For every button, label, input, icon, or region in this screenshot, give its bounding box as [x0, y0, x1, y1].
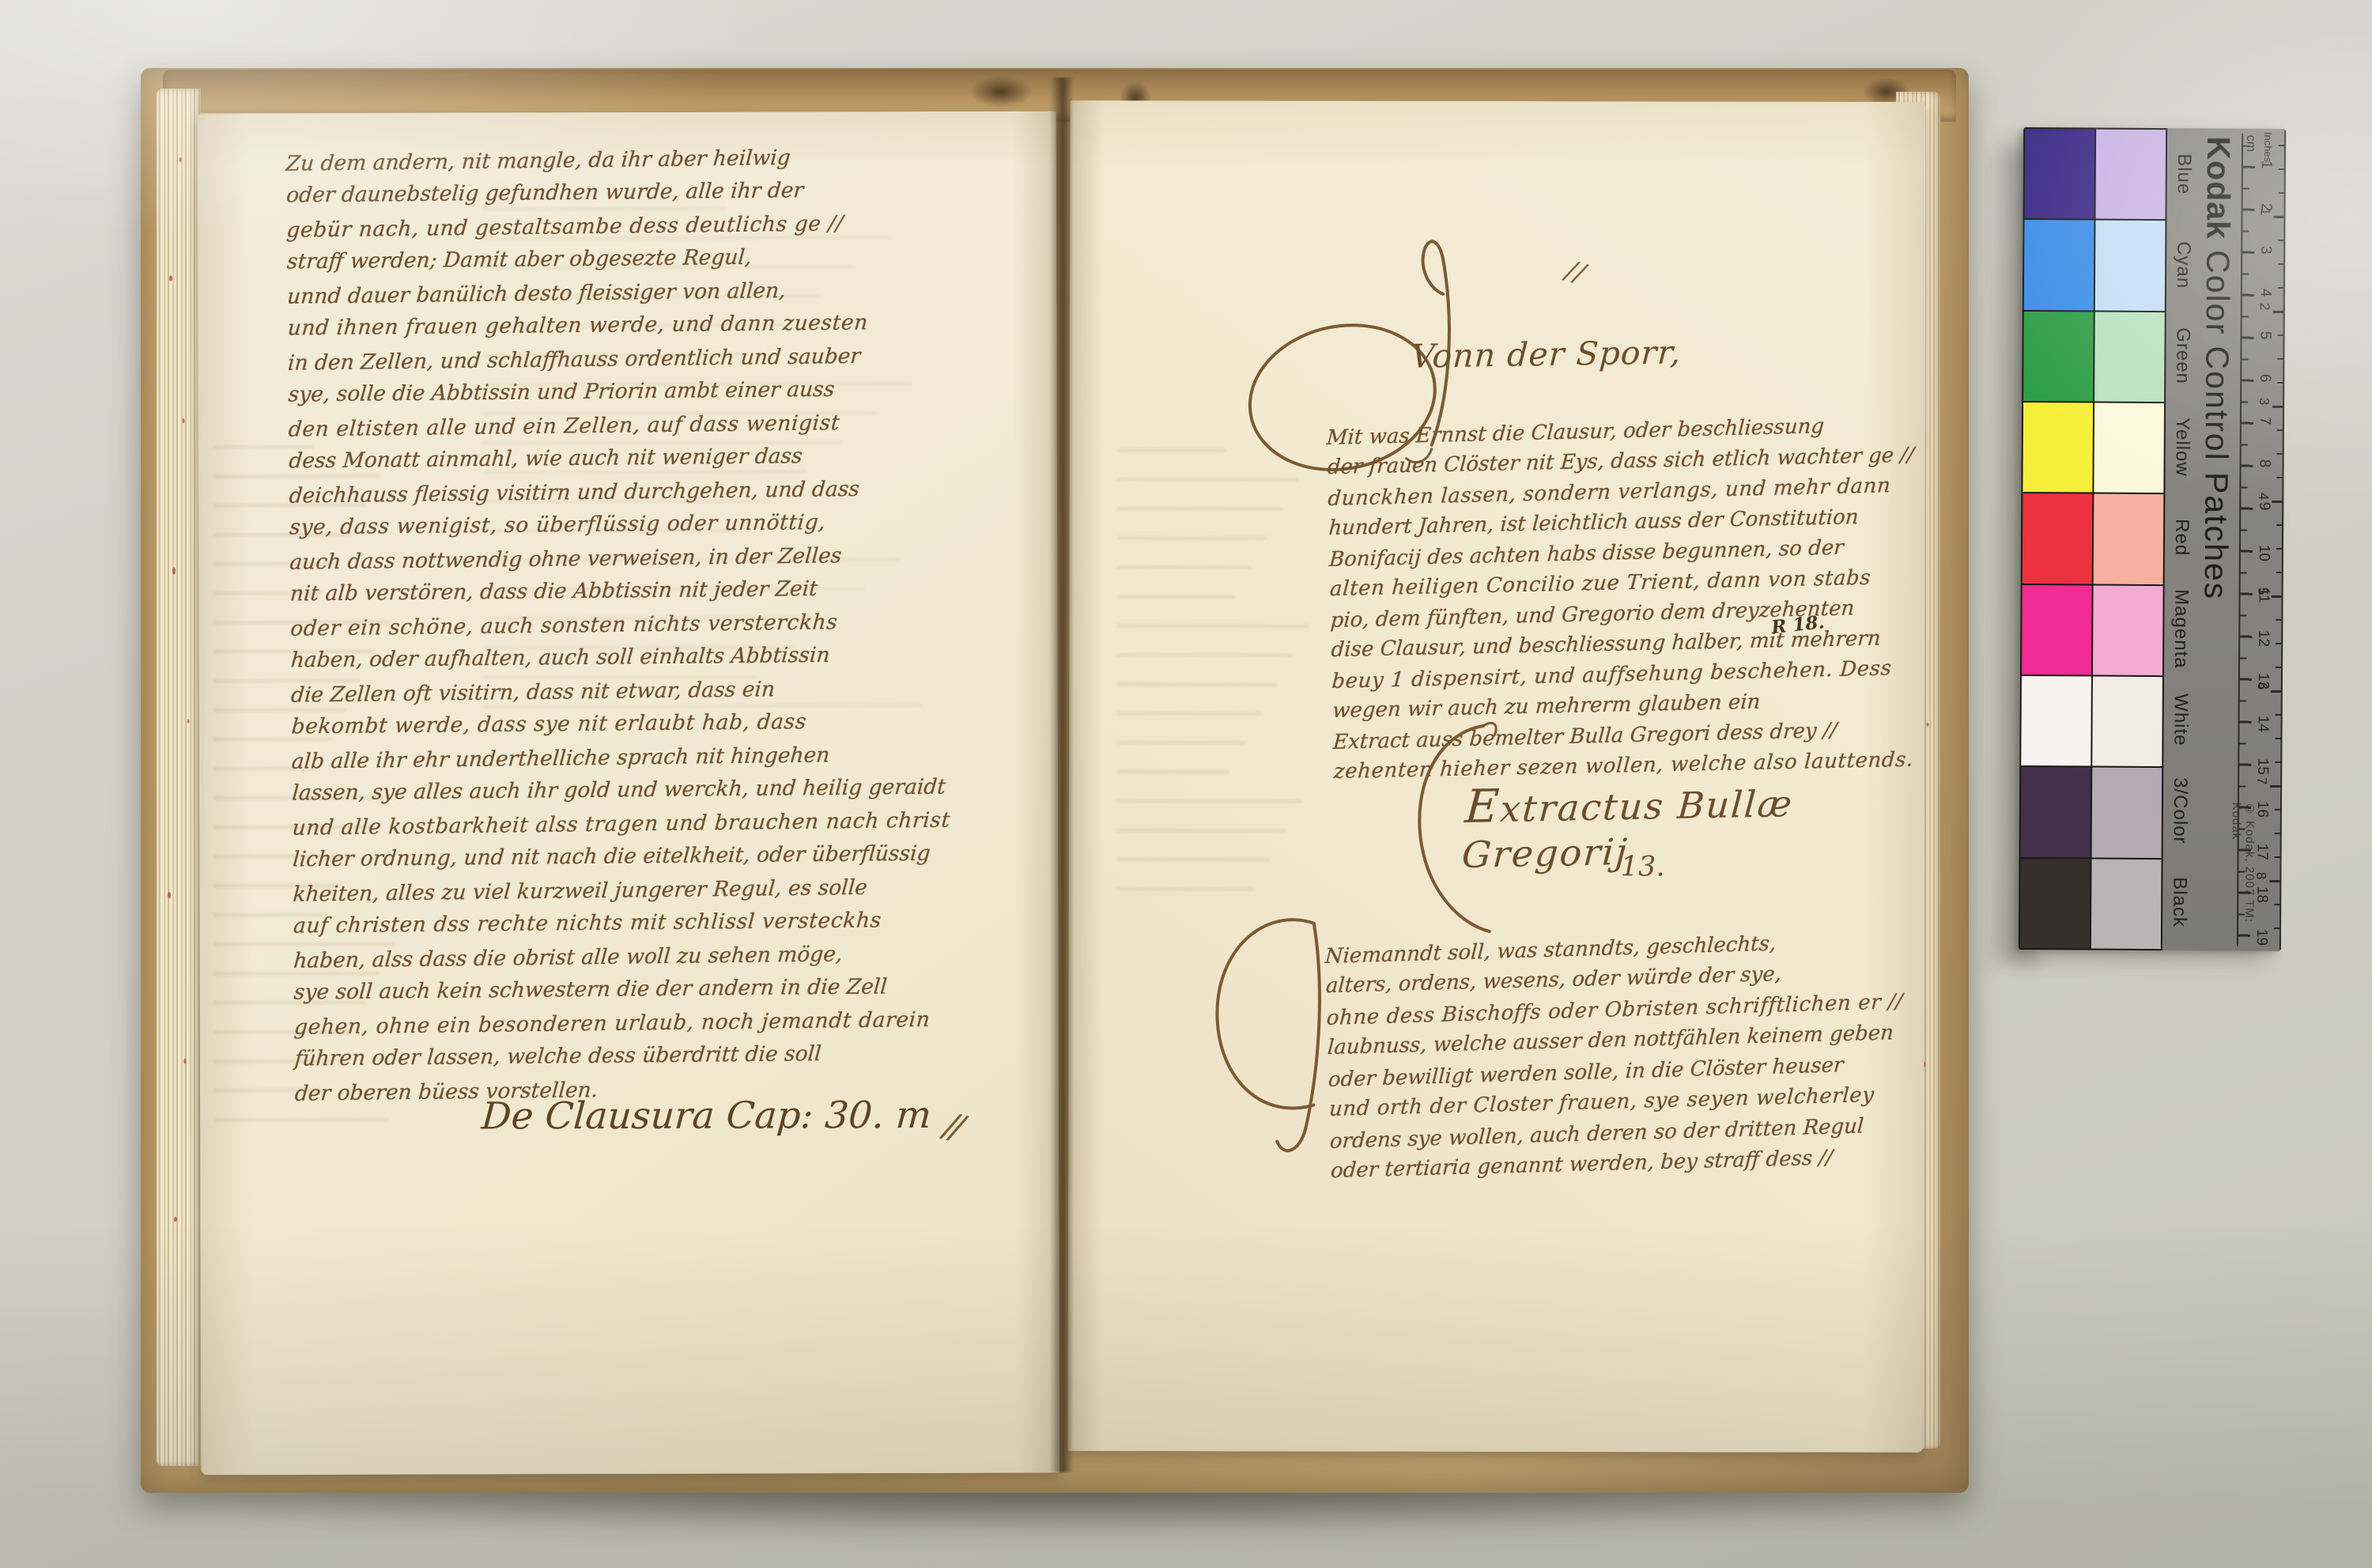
bleedthrough-line [1117, 536, 1267, 539]
cm-number: 19 [2253, 929, 2270, 946]
bleedthrough-line [1116, 653, 1293, 656]
color-patch-black-dark [2020, 859, 2091, 949]
color-patch-yellow-dark [2023, 402, 2093, 493]
inch-number: 8 [2253, 872, 2268, 880]
cm-number: 18 [2253, 886, 2270, 903]
bleedthrough-line [1117, 448, 1226, 452]
ink-slash-mark: ∕∕ [940, 1105, 963, 1148]
bleedthrough-line [1116, 887, 1255, 890]
bleedthrough-line [1116, 799, 1302, 803]
color-patch-3-color-light [2092, 768, 2162, 858]
cm-number: 6 [2256, 374, 2273, 383]
patch-label-blue: Blue [2168, 128, 2199, 219]
inch-number: 6 [2254, 682, 2270, 690]
cm-number: 3 [2257, 246, 2274, 255]
inch-number: 7 [2253, 777, 2269, 785]
cm-number: 8 [2256, 459, 2273, 468]
cm-number: 17 [2253, 844, 2271, 860]
color-patch-cyan-light [2095, 221, 2166, 311]
brand-rest: Color Control Patches [2198, 240, 2237, 601]
bleedthrough-line [1116, 712, 1261, 715]
cm-number: 10 [2255, 545, 2272, 561]
color-patch-green-light [2094, 312, 2165, 402]
bleedthrough-text [1116, 448, 1315, 916]
left-page: Zu dem andern, nit mangle, da ihr aber h… [198, 111, 1060, 1475]
ruler: cm 12345678910111213141516171819 Inches … [2237, 129, 2286, 951]
bleedthrough-line [214, 1118, 389, 1122]
bleedthrough-line [1116, 682, 1277, 686]
bleedthrough-line [1116, 595, 1235, 598]
inch-number: 1 [2257, 208, 2273, 216]
right-page-paragraph-2: Niemanndt soll, was stanndts, geschlecht… [1324, 926, 1860, 1186]
cm-number: 16 [2253, 801, 2271, 818]
color-patch-red-light [2094, 494, 2164, 584]
page-edges-left [157, 89, 201, 1466]
patch-label-3-color: 3/Color [2165, 765, 2196, 856]
extractus-heading: Extractus Bullæ Gregorij [1460, 771, 1928, 876]
cm-number: 4 [2257, 289, 2274, 297]
color-patch-red-dark [2023, 493, 2093, 584]
color-patch-blue-dark [2024, 129, 2094, 219]
brand-bold: Kodak [2200, 136, 2237, 240]
bleedthrough-line [1116, 829, 1286, 832]
right-page: ∕∕ Vonn der Sporr, Mit was Ernnst die Cl… [1068, 100, 1926, 1453]
inch-number: 2 [2257, 303, 2272, 311]
inches-unit-label: Inches [2262, 132, 2274, 162]
cm-number: 5 [2257, 331, 2274, 340]
cm-number: 7 [2256, 417, 2273, 425]
bleedthrough-line [1116, 858, 1271, 861]
color-patch-magenta-dark [2022, 585, 2092, 675]
photo-of-manuscript: Zu dem andern, nit mangle, da ihr aber h… [0, 0, 2372, 1568]
red-edge-flecks [157, 89, 201, 1466]
cover-stain [969, 76, 1033, 108]
color-patch-yellow-light [2094, 403, 2164, 493]
color-patch-magenta-light [2093, 585, 2163, 675]
heading-initial: E [1464, 779, 1502, 833]
patch-label-yellow: Yellow [2166, 401, 2197, 492]
bleedthrough-line [1117, 507, 1283, 510]
inch-number: 4 [2255, 493, 2271, 501]
color-patch-grid [2019, 127, 2167, 950]
kodak-color-control-strip: BlueCyanGreenYellowRedMagentaWhite3/Colo… [2019, 127, 2286, 951]
color-patch-white-dark [2021, 676, 2091, 766]
inch-number: 3 [2256, 398, 2272, 406]
color-patch-blue-light [2095, 130, 2166, 220]
book-gutter [1050, 77, 1074, 1472]
cm-number: 15 [2253, 758, 2271, 775]
color-patch-3-color-dark [2021, 767, 2091, 857]
color-patch-white-light [2092, 677, 2162, 767]
bleedthrough-line [1116, 565, 1251, 569]
left-page-text-block: Zu dem andern, nit mangle, da ihr aber h… [286, 138, 1055, 1109]
cm-number: 9 [2255, 502, 2272, 511]
ink-slash-mark: ∕∕ [1562, 255, 1588, 290]
inch-number: 5 [2255, 588, 2271, 595]
bleedthrough-line [1116, 741, 1245, 744]
patch-label-white: White [2165, 674, 2196, 765]
right-page-section-heading: Vonn der Sporr, [1410, 333, 1682, 375]
bull-number: 13. [1621, 851, 1665, 882]
color-patch-green-dark [2023, 312, 2094, 402]
bleedthrough-line [1116, 770, 1229, 773]
color-patch-labels: BlueCyanGreenYellowRedMagentaWhite3/Colo… [2164, 128, 2199, 950]
color-patch-black-light [2091, 859, 2162, 949]
cm-number: 14 [2254, 716, 2272, 732]
patch-label-red: Red [2166, 493, 2197, 584]
left-page-chapter-heading: De Clausura Cap: 30. m [480, 1094, 932, 1138]
patch-label-cyan: Cyan [2168, 219, 2199, 310]
color-patch-cyan-dark [2024, 220, 2094, 310]
cm-number: 12 [2254, 630, 2272, 647]
bleedthrough-line [1116, 624, 1309, 627]
patch-label-magenta: Magenta [2166, 584, 2196, 674]
patch-label-green: Green [2167, 310, 2198, 401]
patch-label-black: Black [2164, 856, 2195, 947]
